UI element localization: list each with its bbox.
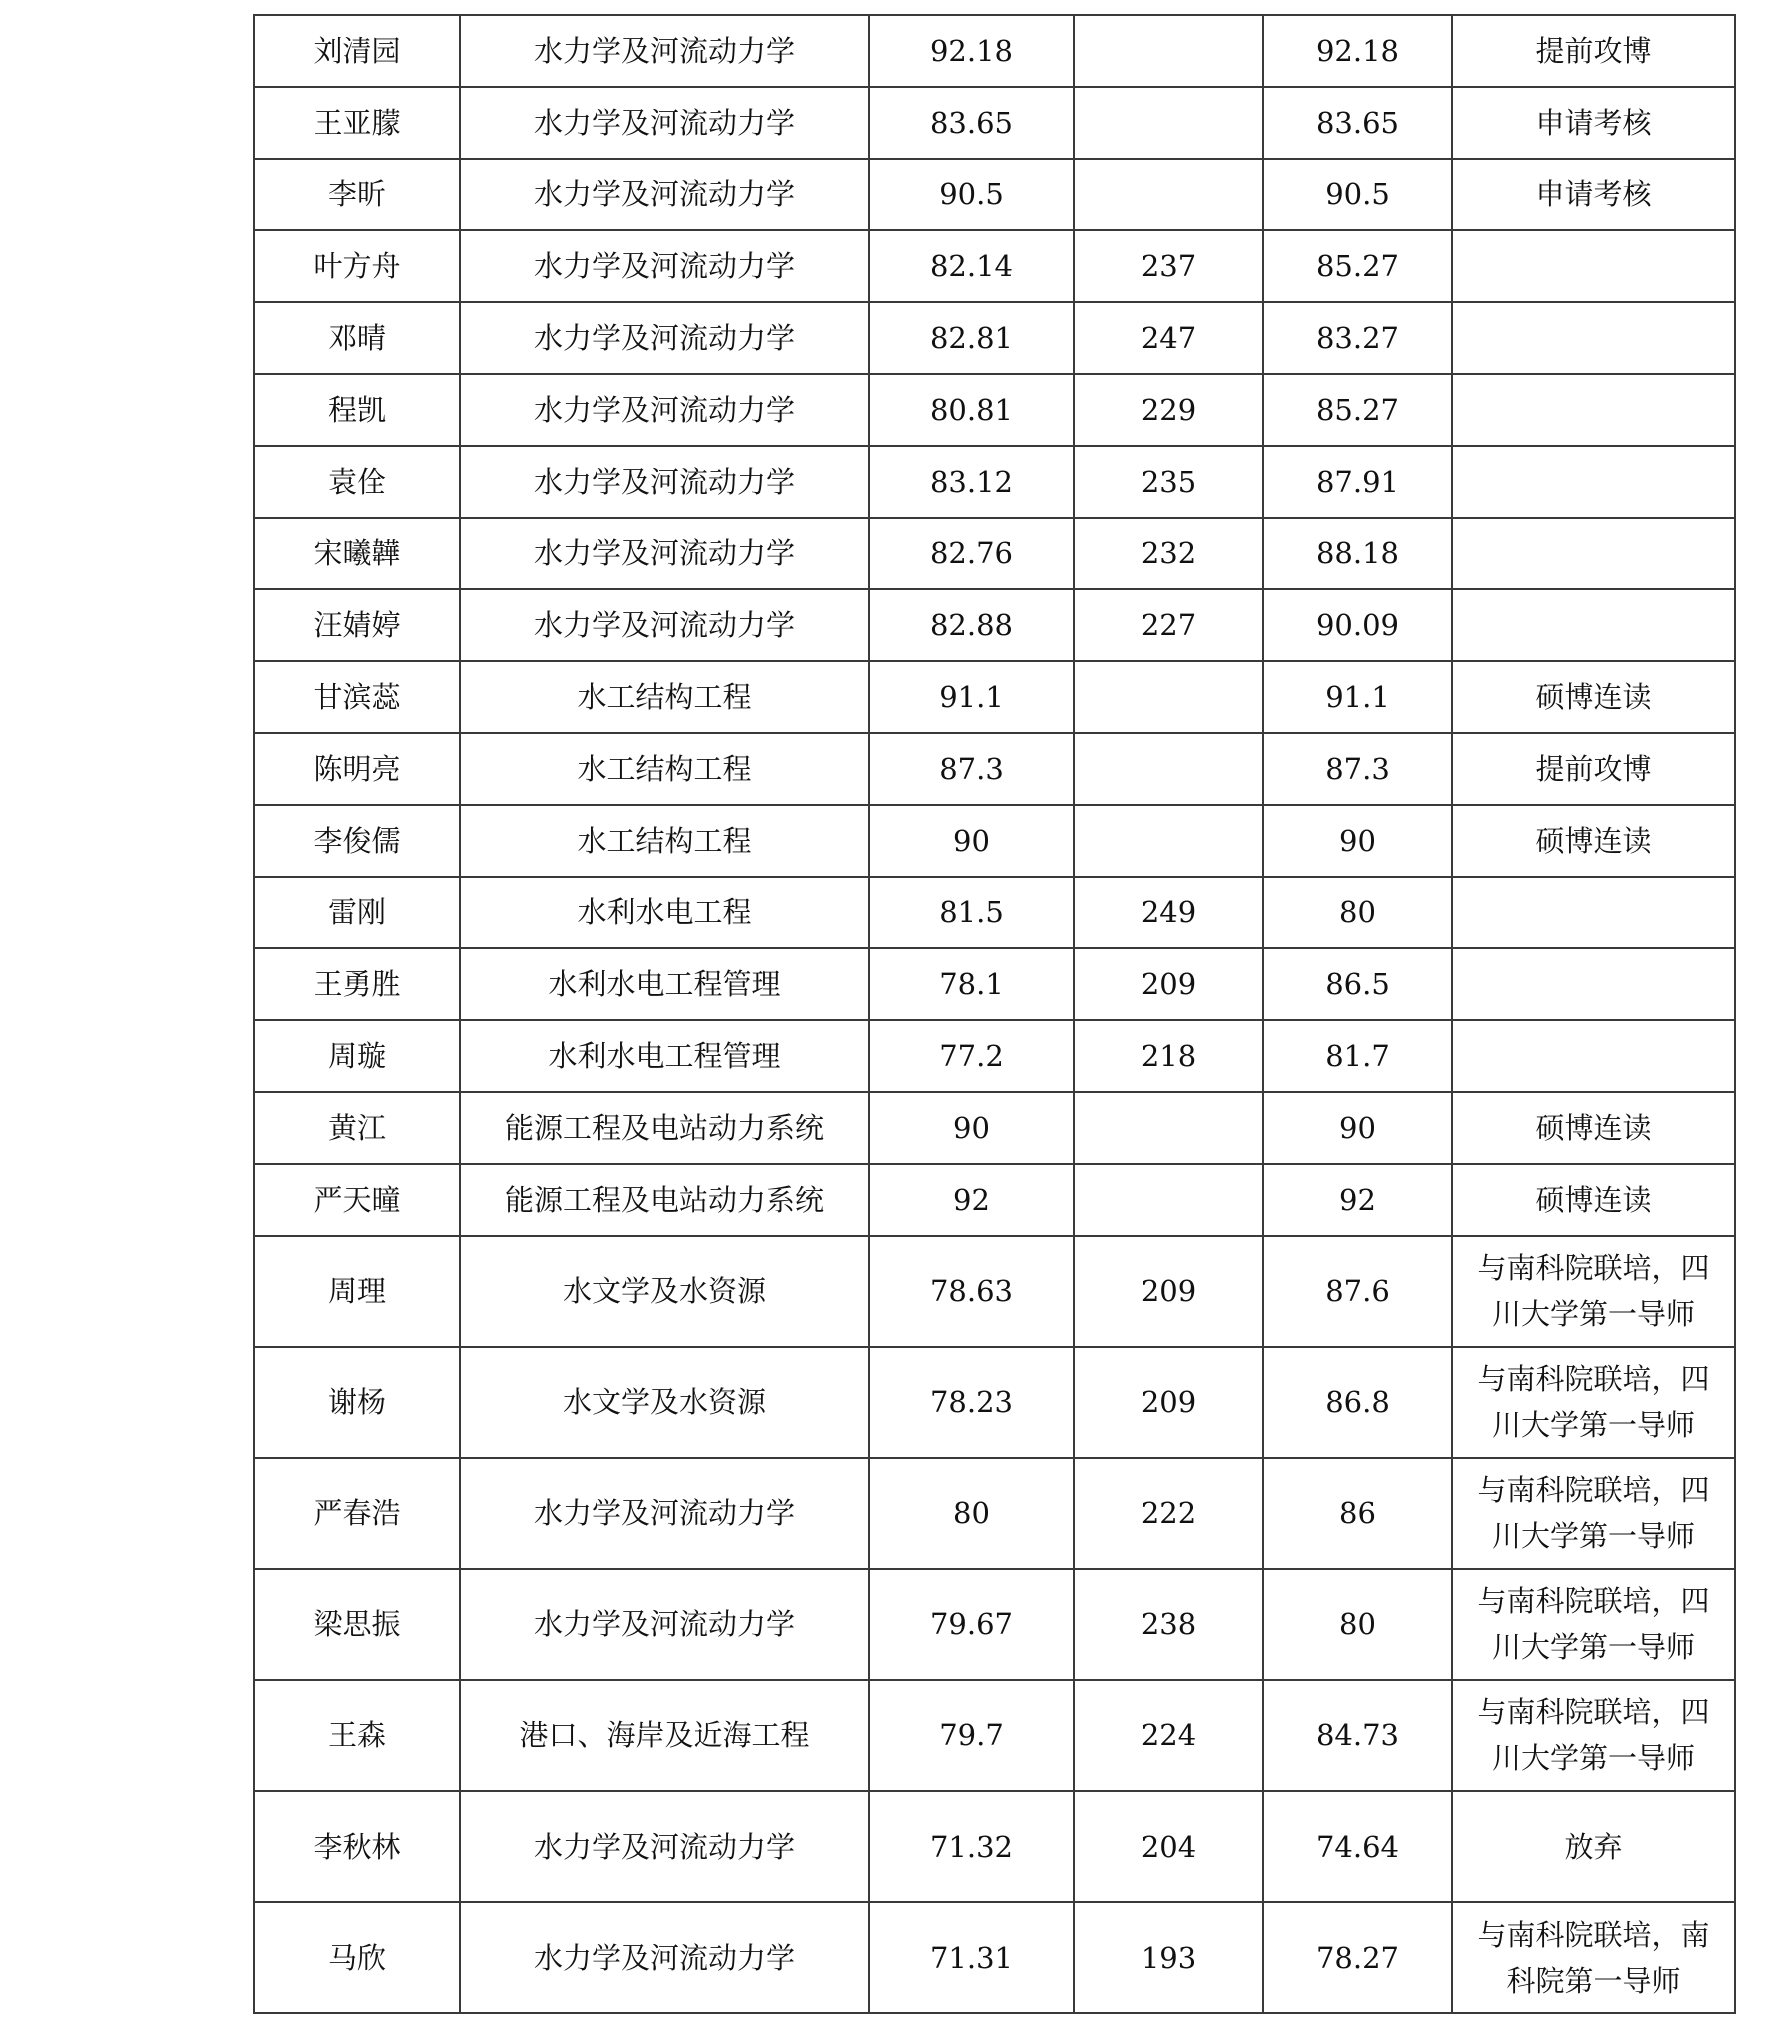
exam-score-value: 209 [1141, 967, 1196, 1001]
major-name: 水力学及河流动力学 [534, 536, 795, 570]
cell-name: 周理 [254, 1236, 460, 1347]
table-row: 袁佺 水力学及河流动力学 83.12 235 87.91 [254, 446, 1735, 518]
cell-note: 硕博连读 [1452, 1092, 1735, 1164]
cell-total: 80 [1263, 877, 1452, 949]
cell-score: 82.14 [869, 230, 1074, 302]
table-row: 宋曦韡 水力学及河流动力学 82.76 232 88.18 [254, 518, 1735, 590]
cell-name: 陈明亮 [254, 733, 460, 805]
cell-exam: 235 [1074, 446, 1263, 518]
score-value: 79.67 [930, 1607, 1013, 1641]
cell-score: 82.88 [869, 589, 1074, 661]
total-score-value: 90.09 [1316, 608, 1399, 642]
cell-score: 92 [869, 1164, 1074, 1236]
cell-exam: 218 [1074, 1020, 1263, 1092]
cell-exam [1074, 1164, 1263, 1236]
cell-name: 王亚朦 [254, 87, 460, 159]
student-name: 马欣 [328, 1941, 386, 1975]
exam-score-value: 232 [1141, 536, 1196, 570]
student-name: 梁思振 [313, 1607, 400, 1641]
table-row: 严天曈 能源工程及电站动力系统 92 92 硕博连读 [254, 1164, 1735, 1236]
cell-note: 放弃 [1452, 1791, 1735, 1902]
score-value: 92 [953, 1183, 990, 1217]
note-text-line: 与南科院联培，四 [1463, 1356, 1724, 1402]
major-name: 水力学及河流动力学 [534, 177, 795, 211]
exam-score-value: 224 [1141, 1718, 1196, 1752]
student-name: 王亚朦 [313, 106, 400, 140]
cell-exam: 249 [1074, 877, 1263, 949]
cell-name: 王森 [254, 1680, 460, 1791]
cell-total: 90.09 [1263, 589, 1452, 661]
note-text-line: 川大学第一导师 [1463, 1624, 1724, 1670]
major-name: 能源工程及电站动力系统 [505, 1111, 824, 1145]
cell-exam [1074, 733, 1263, 805]
exam-score-value: 237 [1141, 249, 1196, 283]
cell-major: 能源工程及电站动力系统 [460, 1164, 869, 1236]
table-row: 汪婧婷 水力学及河流动力学 82.88 227 90.09 [254, 589, 1735, 661]
cell-total: 87.91 [1263, 446, 1452, 518]
student-name: 谢杨 [328, 1385, 386, 1419]
cell-note: 与南科院联培，南科院第一导师 [1452, 1902, 1735, 2013]
cell-total: 74.64 [1263, 1791, 1452, 1902]
cell-exam: 209 [1074, 1347, 1263, 1458]
total-score-value: 85.27 [1316, 393, 1399, 427]
cell-exam: 209 [1074, 1236, 1263, 1347]
cell-major: 水文学及水资源 [460, 1236, 869, 1347]
score-value: 78.23 [930, 1385, 1013, 1419]
cell-name: 王勇胜 [254, 948, 460, 1020]
cell-total: 80 [1263, 1569, 1452, 1680]
student-name: 邓晴 [328, 321, 386, 355]
score-value: 82.14 [930, 249, 1013, 283]
student-name: 宋曦韡 [313, 536, 400, 570]
table-row: 甘滨蕊 水工结构工程 91.1 91.1 硕博连读 [254, 661, 1735, 733]
total-score-value: 78.27 [1316, 1941, 1399, 1975]
table-row: 谢杨 水文学及水资源 78.23 209 86.8 与南科院联培，四川大学第一导… [254, 1347, 1735, 1458]
table-row: 周璇 水利水电工程管理 77.2 218 81.7 [254, 1020, 1735, 1092]
major-name: 水工结构工程 [577, 680, 751, 714]
cell-major: 能源工程及电站动力系统 [460, 1092, 869, 1164]
cell-score: 78.63 [869, 1236, 1074, 1347]
total-score-value: 92 [1339, 1183, 1376, 1217]
cell-total: 86.8 [1263, 1347, 1452, 1458]
cell-name: 李俊儒 [254, 805, 460, 877]
total-score-value: 87.3 [1325, 752, 1390, 786]
cell-exam [1074, 87, 1263, 159]
cell-total: 87.3 [1263, 733, 1452, 805]
score-value: 91.1 [939, 680, 1004, 714]
exam-score-value: 193 [1141, 1941, 1196, 1975]
cell-name: 叶方舟 [254, 230, 460, 302]
cell-exam: 209 [1074, 948, 1263, 1020]
table-row: 雷刚 水利水电工程 81.5 249 80 [254, 877, 1735, 949]
cell-score: 92.18 [869, 15, 1074, 87]
score-value: 90.5 [939, 177, 1004, 211]
cell-exam: 247 [1074, 302, 1263, 374]
student-name: 周理 [328, 1274, 386, 1308]
student-name: 雷刚 [328, 895, 386, 929]
cell-exam [1074, 661, 1263, 733]
note-text-line: 硕博连读 [1463, 674, 1724, 720]
cell-major: 水力学及河流动力学 [460, 518, 869, 590]
note-text-line: 川大学第一导师 [1463, 1735, 1724, 1781]
table-row: 马欣 水力学及河流动力学 71.31 193 78.27 与南科院联培，南科院第… [254, 1902, 1735, 2013]
student-name: 王勇胜 [313, 967, 400, 1001]
total-score-value: 87.91 [1316, 465, 1399, 499]
cell-exam: 204 [1074, 1791, 1263, 1902]
cell-total: 78.27 [1263, 1902, 1452, 2013]
score-value: 82.81 [930, 321, 1013, 355]
cell-exam: 224 [1074, 1680, 1263, 1791]
cell-major: 水力学及河流动力学 [460, 230, 869, 302]
exam-score-value: 249 [1141, 895, 1196, 929]
cell-note: 硕博连读 [1452, 661, 1735, 733]
cell-note: 提前攻博 [1452, 15, 1735, 87]
cell-score: 77.2 [869, 1020, 1074, 1092]
major-name: 水力学及河流动力学 [534, 1830, 795, 1864]
cell-major: 水力学及河流动力学 [460, 1569, 869, 1680]
cell-major: 水力学及河流动力学 [460, 15, 869, 87]
score-value: 82.76 [930, 536, 1013, 570]
cell-major: 水利水电工程管理 [460, 948, 869, 1020]
student-score-table: 刘清园 水力学及河流动力学 92.18 92.18 提前攻博 王亚朦 水力学及河… [253, 14, 1736, 2014]
cell-major: 水利水电工程 [460, 877, 869, 949]
student-name: 李俊儒 [313, 824, 400, 858]
cell-name: 梁思振 [254, 1569, 460, 1680]
table-row: 梁思振 水力学及河流动力学 79.67 238 80 与南科院联培，四川大学第一… [254, 1569, 1735, 1680]
score-value: 78.63 [930, 1274, 1013, 1308]
note-text-line: 提前攻博 [1463, 746, 1724, 792]
student-name: 汪婧婷 [313, 608, 400, 642]
table-row: 黄江 能源工程及电站动力系统 90 90 硕博连读 [254, 1092, 1735, 1164]
table-row: 陈明亮 水工结构工程 87.3 87.3 提前攻博 [254, 733, 1735, 805]
cell-exam [1074, 1092, 1263, 1164]
major-name: 水力学及河流动力学 [534, 1941, 795, 1975]
score-value: 80.81 [930, 393, 1013, 427]
cell-score: 90.5 [869, 159, 1074, 231]
table-row: 叶方舟 水力学及河流动力学 82.14 237 85.27 [254, 230, 1735, 302]
exam-score-value: 218 [1141, 1039, 1196, 1073]
table-row: 王森 港口、海岸及近海工程 79.7 224 84.73 与南科院联培，四川大学… [254, 1680, 1735, 1791]
major-name: 水力学及河流动力学 [534, 465, 795, 499]
cell-score: 78.23 [869, 1347, 1074, 1458]
major-name: 水力学及河流动力学 [534, 321, 795, 355]
cell-name: 汪婧婷 [254, 589, 460, 661]
major-name: 水力学及河流动力学 [534, 608, 795, 642]
note-text-line: 提前攻博 [1463, 28, 1724, 74]
table-row: 李俊儒 水工结构工程 90 90 硕博连读 [254, 805, 1735, 877]
cell-name: 邓晴 [254, 302, 460, 374]
table-body: 刘清园 水力学及河流动力学 92.18 92.18 提前攻博 王亚朦 水力学及河… [254, 15, 1735, 2013]
cell-name: 李秋林 [254, 1791, 460, 1902]
cell-major: 水利水电工程管理 [460, 1020, 869, 1092]
exam-score-value: 209 [1141, 1274, 1196, 1308]
student-name: 黄江 [328, 1111, 386, 1145]
cell-total: 85.27 [1263, 230, 1452, 302]
total-score-value: 83.27 [1316, 321, 1399, 355]
student-name: 陈明亮 [313, 752, 400, 786]
score-value: 79.7 [939, 1718, 1004, 1752]
cell-total: 86 [1263, 1458, 1452, 1569]
cell-note: 与南科院联培，四川大学第一导师 [1452, 1680, 1735, 1791]
cell-name: 李昕 [254, 159, 460, 231]
note-text-line: 硕博连读 [1463, 1105, 1724, 1151]
cell-note [1452, 446, 1735, 518]
table-row: 李昕 水力学及河流动力学 90.5 90.5 申请考核 [254, 159, 1735, 231]
total-score-value: 80 [1339, 1607, 1376, 1641]
note-text-line: 与南科院联培，南 [1463, 1912, 1724, 1958]
note-text-line: 与南科院联培，四 [1463, 1689, 1724, 1735]
student-name: 严天曈 [313, 1183, 400, 1217]
major-name: 水力学及河流动力学 [534, 1607, 795, 1641]
cell-note [1452, 374, 1735, 446]
cell-major: 水力学及河流动力学 [460, 159, 869, 231]
total-score-value: 80 [1339, 895, 1376, 929]
total-score-value: 92.18 [1316, 34, 1399, 68]
cell-exam: 237 [1074, 230, 1263, 302]
total-score-value: 83.65 [1316, 106, 1399, 140]
note-text-line: 硕博连读 [1463, 818, 1724, 864]
score-value: 71.32 [930, 1830, 1013, 1864]
score-value: 77.2 [939, 1039, 1004, 1073]
student-name: 王森 [328, 1718, 386, 1752]
note-text-line: 申请考核 [1463, 100, 1724, 146]
exam-score-value: 229 [1141, 393, 1196, 427]
cell-exam: 229 [1074, 374, 1263, 446]
cell-score: 79.7 [869, 1680, 1074, 1791]
cell-note: 与南科院联培，四川大学第一导师 [1452, 1236, 1735, 1347]
score-value: 82.88 [930, 608, 1013, 642]
major-name: 港口、海岸及近海工程 [519, 1718, 809, 1752]
cell-exam [1074, 805, 1263, 877]
cell-note [1452, 589, 1735, 661]
major-name: 水利水电工程 [577, 895, 751, 929]
total-score-value: 87.6 [1325, 1274, 1390, 1308]
major-name: 水工结构工程 [577, 824, 751, 858]
cell-score: 71.31 [869, 1902, 1074, 2013]
cell-name: 程凯 [254, 374, 460, 446]
student-name: 周璇 [328, 1039, 386, 1073]
cell-total: 85.27 [1263, 374, 1452, 446]
cell-major: 水工结构工程 [460, 733, 869, 805]
cell-major: 水力学及河流动力学 [460, 302, 869, 374]
cell-score: 80 [869, 1458, 1074, 1569]
score-value: 83.65 [930, 106, 1013, 140]
total-score-value: 88.18 [1316, 536, 1399, 570]
student-name: 袁佺 [328, 465, 386, 499]
major-name: 水力学及河流动力学 [534, 393, 795, 427]
cell-note [1452, 518, 1735, 590]
cell-note [1452, 877, 1735, 949]
cell-total: 92 [1263, 1164, 1452, 1236]
cell-score: 71.32 [869, 1791, 1074, 1902]
cell-note: 提前攻博 [1452, 733, 1735, 805]
cell-score: 78.1 [869, 948, 1074, 1020]
major-name: 水利水电工程管理 [548, 967, 780, 1001]
cell-major: 港口、海岸及近海工程 [460, 1680, 869, 1791]
major-name: 水工结构工程 [577, 752, 751, 786]
note-text-line: 与南科院联培，四 [1463, 1467, 1724, 1513]
table-row: 李秋林 水力学及河流动力学 71.32 204 74.64 放弃 [254, 1791, 1735, 1902]
total-score-value: 90.5 [1325, 177, 1390, 211]
cell-score: 82.81 [869, 302, 1074, 374]
cell-total: 87.6 [1263, 1236, 1452, 1347]
exam-score-value: 247 [1141, 321, 1196, 355]
major-name: 水力学及河流动力学 [534, 249, 795, 283]
note-text-line: 川大学第一导师 [1463, 1402, 1724, 1448]
cell-note: 与南科院联培，四川大学第一导师 [1452, 1347, 1735, 1458]
cell-total: 90.5 [1263, 159, 1452, 231]
cell-score: 81.5 [869, 877, 1074, 949]
cell-note: 申请考核 [1452, 87, 1735, 159]
score-value: 87.3 [939, 752, 1004, 786]
cell-note: 与南科院联培，四川大学第一导师 [1452, 1458, 1735, 1569]
cell-name: 雷刚 [254, 877, 460, 949]
cell-score: 80.81 [869, 374, 1074, 446]
exam-score-value: 235 [1141, 465, 1196, 499]
cell-exam: 222 [1074, 1458, 1263, 1569]
cell-score: 79.67 [869, 1569, 1074, 1680]
major-name: 水力学及河流动力学 [534, 34, 795, 68]
cell-total: 83.27 [1263, 302, 1452, 374]
cell-major: 水力学及河流动力学 [460, 374, 869, 446]
cell-major: 水工结构工程 [460, 661, 869, 733]
student-name: 刘清园 [313, 34, 400, 68]
cell-total: 88.18 [1263, 518, 1452, 590]
cell-total: 81.7 [1263, 1020, 1452, 1092]
cell-score: 82.76 [869, 518, 1074, 590]
cell-major: 水力学及河流动力学 [460, 1791, 869, 1902]
total-score-value: 85.27 [1316, 249, 1399, 283]
exam-score-value: 222 [1141, 1496, 1196, 1530]
score-value: 78.1 [939, 967, 1004, 1001]
score-value: 80 [953, 1496, 990, 1530]
total-score-value: 91.1 [1325, 680, 1390, 714]
cell-name: 黄江 [254, 1092, 460, 1164]
cell-score: 90 [869, 805, 1074, 877]
cell-exam: 238 [1074, 1569, 1263, 1680]
cell-name: 谢杨 [254, 1347, 460, 1458]
cell-exam: 227 [1074, 589, 1263, 661]
cell-name: 严天曈 [254, 1164, 460, 1236]
cell-major: 水工结构工程 [460, 805, 869, 877]
student-name: 李秋林 [313, 1830, 400, 1864]
cell-note [1452, 948, 1735, 1020]
cell-score: 90 [869, 1092, 1074, 1164]
cell-major: 水文学及水资源 [460, 1347, 869, 1458]
student-name: 叶方舟 [313, 249, 400, 283]
note-text-line: 放弃 [1463, 1824, 1724, 1870]
cell-note [1452, 230, 1735, 302]
exam-score-value: 238 [1141, 1607, 1196, 1641]
table-row: 严春浩 水力学及河流动力学 80 222 86 与南科院联培，四川大学第一导师 [254, 1458, 1735, 1569]
major-name: 能源工程及电站动力系统 [505, 1183, 824, 1217]
cell-name: 严春浩 [254, 1458, 460, 1569]
cell-note: 与南科院联培，四川大学第一导师 [1452, 1569, 1735, 1680]
score-value: 81.5 [939, 895, 1004, 929]
total-score-value: 86 [1339, 1496, 1376, 1530]
score-value: 90 [953, 824, 990, 858]
note-text-line: 科院第一导师 [1463, 1958, 1724, 2004]
score-value: 71.31 [930, 1941, 1013, 1975]
note-text-line: 川大学第一导师 [1463, 1513, 1724, 1559]
cell-exam [1074, 159, 1263, 231]
total-score-value: 90 [1339, 824, 1376, 858]
table-row: 刘清园 水力学及河流动力学 92.18 92.18 提前攻博 [254, 15, 1735, 87]
cell-note [1452, 302, 1735, 374]
score-value: 92.18 [930, 34, 1013, 68]
cell-name: 甘滨蕊 [254, 661, 460, 733]
student-name: 程凯 [328, 393, 386, 427]
table-row: 王亚朦 水力学及河流动力学 83.65 83.65 申请考核 [254, 87, 1735, 159]
student-name: 严春浩 [313, 1496, 400, 1530]
cell-name: 刘清园 [254, 15, 460, 87]
total-score-value: 90 [1339, 1111, 1376, 1145]
exam-score-value: 204 [1141, 1830, 1196, 1864]
score-value: 90 [953, 1111, 990, 1145]
cell-exam: 232 [1074, 518, 1263, 590]
cell-major: 水力学及河流动力学 [460, 589, 869, 661]
total-score-value: 74.64 [1316, 1830, 1399, 1864]
cell-note [1452, 1020, 1735, 1092]
cell-major: 水力学及河流动力学 [460, 1458, 869, 1569]
cell-exam [1074, 15, 1263, 87]
cell-score: 91.1 [869, 661, 1074, 733]
note-text-line: 硕博连读 [1463, 1177, 1724, 1223]
cell-name: 周璇 [254, 1020, 460, 1092]
major-name: 水文学及水资源 [563, 1385, 766, 1419]
cell-total: 92.18 [1263, 15, 1452, 87]
cell-major: 水力学及河流动力学 [460, 1902, 869, 2013]
cell-total: 86.5 [1263, 948, 1452, 1020]
cell-name: 马欣 [254, 1902, 460, 2013]
student-name: 李昕 [328, 177, 386, 211]
major-name: 水力学及河流动力学 [534, 1496, 795, 1530]
note-text-line: 川大学第一导师 [1463, 1291, 1724, 1337]
note-text-line: 申请考核 [1463, 171, 1724, 217]
cell-total: 90 [1263, 805, 1452, 877]
score-value: 83.12 [930, 465, 1013, 499]
cell-name: 袁佺 [254, 446, 460, 518]
note-text-line: 与南科院联培，四 [1463, 1578, 1724, 1624]
note-text-line: 与南科院联培，四 [1463, 1245, 1724, 1291]
cell-total: 84.73 [1263, 1680, 1452, 1791]
student-name: 甘滨蕊 [313, 680, 400, 714]
cell-total: 83.65 [1263, 87, 1452, 159]
cell-total: 90 [1263, 1092, 1452, 1164]
cell-note: 硕博连读 [1452, 805, 1735, 877]
cell-score: 87.3 [869, 733, 1074, 805]
cell-note: 硕博连读 [1452, 1164, 1735, 1236]
total-score-value: 84.73 [1316, 1718, 1399, 1752]
cell-exam: 193 [1074, 1902, 1263, 2013]
exam-score-value: 209 [1141, 1385, 1196, 1419]
cell-score: 83.65 [869, 87, 1074, 159]
cell-major: 水力学及河流动力学 [460, 446, 869, 518]
total-score-value: 81.7 [1325, 1039, 1390, 1073]
cell-total: 91.1 [1263, 661, 1452, 733]
table-row: 程凯 水力学及河流动力学 80.81 229 85.27 [254, 374, 1735, 446]
total-score-value: 86.8 [1325, 1385, 1390, 1419]
cell-score: 83.12 [869, 446, 1074, 518]
major-name: 水力学及河流动力学 [534, 106, 795, 140]
total-score-value: 86.5 [1325, 967, 1390, 1001]
major-name: 水利水电工程管理 [548, 1039, 780, 1073]
cell-major: 水力学及河流动力学 [460, 87, 869, 159]
cell-name: 宋曦韡 [254, 518, 460, 590]
major-name: 水文学及水资源 [563, 1274, 766, 1308]
exam-score-value: 227 [1141, 608, 1196, 642]
table-row: 邓晴 水力学及河流动力学 82.81 247 83.27 [254, 302, 1735, 374]
